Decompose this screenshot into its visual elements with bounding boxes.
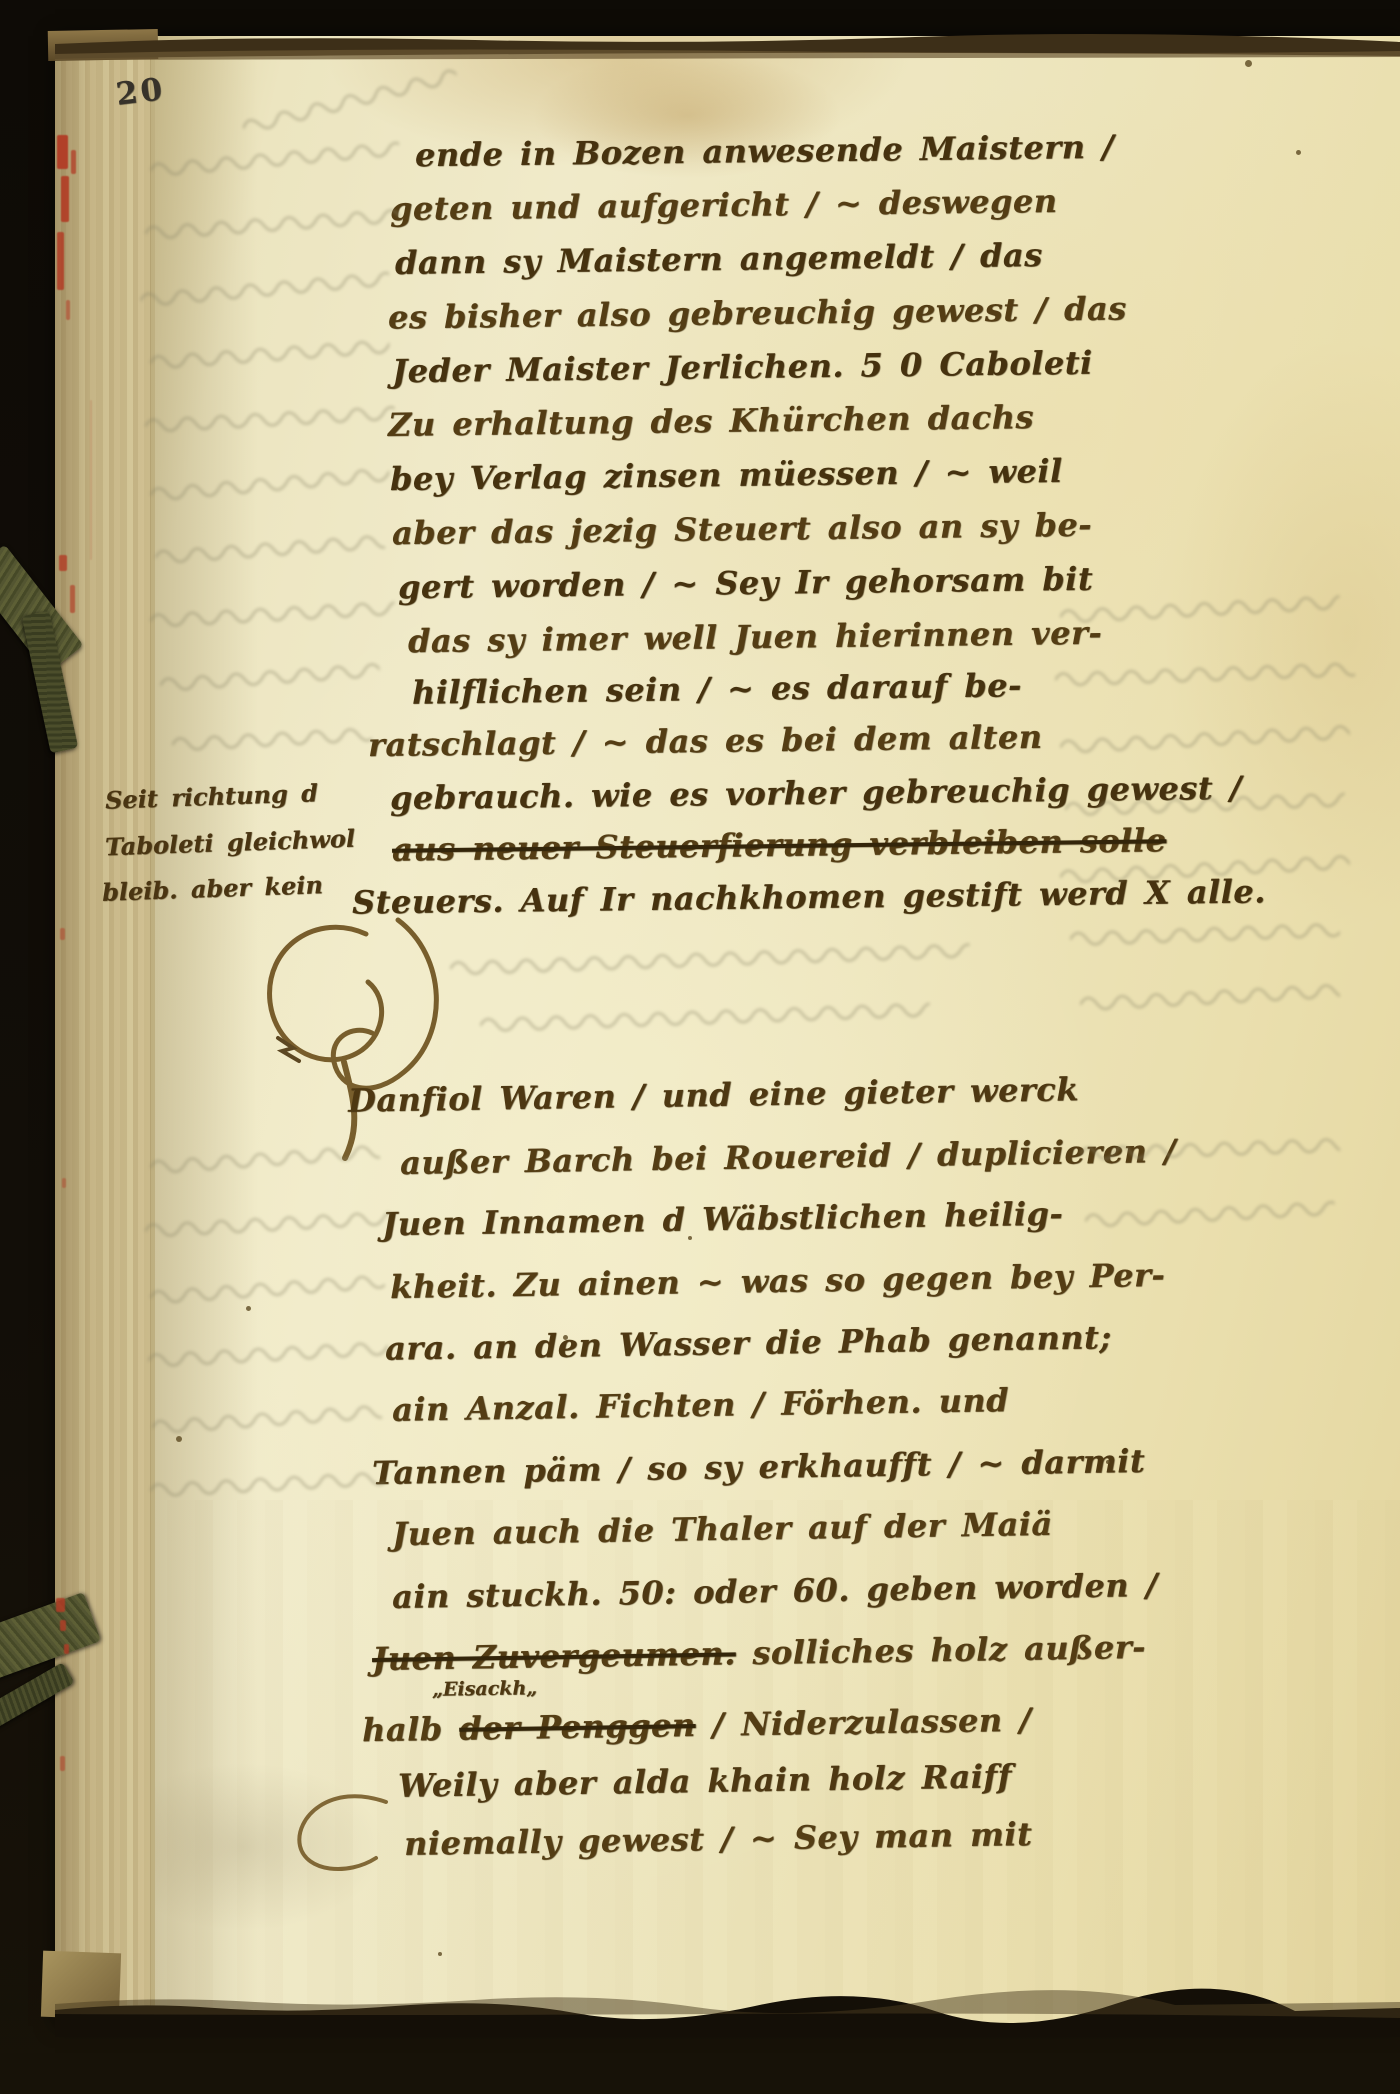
ink-speck	[688, 1236, 692, 1240]
red-edge-mark	[66, 300, 70, 320]
red-edge-mark	[57, 135, 68, 169]
manuscript-scan: 20 Seit richtung d Taboleti gleichwol bl…	[0, 0, 1400, 2094]
manuscript-line: Zu erhaltung des Khürchen dachs	[388, 398, 1034, 444]
ink-speck	[438, 1952, 442, 1956]
page-bottom-edge	[55, 1982, 1400, 2037]
red-edge-mark	[56, 1598, 65, 1612]
ink-speck	[246, 1306, 251, 1311]
manuscript-line: hilflichen sein / ~ es darauf be-	[412, 666, 1022, 711]
red-edge-mark	[60, 1620, 66, 1631]
red-edge-mark	[60, 928, 65, 940]
red-edge-mark	[70, 585, 75, 613]
red-edge-mark	[64, 1644, 69, 1654]
ink-speck	[1245, 60, 1252, 67]
struck-text: der Penggen	[459, 1706, 696, 1748]
spine-fore-edge	[55, 36, 155, 2026]
ink-speck	[1296, 150, 1301, 155]
page-top-edge	[55, 32, 1400, 62]
manuscript-line-text: halb	[362, 1710, 460, 1750]
ink-speck	[563, 1335, 568, 1340]
struck-text: Juen Zuvergeumen.	[372, 1634, 736, 1678]
red-edge-mark	[62, 1178, 66, 1188]
manuscript-line-text: / Niderzulassen /	[695, 1701, 1031, 1744]
ornamental-flourish	[248, 912, 458, 1162]
red-edge-mark	[71, 150, 76, 174]
red-edge-mark	[90, 400, 92, 560]
red-edge-mark	[61, 176, 69, 222]
ink-speck	[1106, 1460, 1110, 1464]
manuscript-line-text: solliches holz außer-	[735, 1628, 1146, 1672]
red-edge-mark	[60, 1756, 65, 1771]
folio-number: 20	[114, 71, 167, 113]
ink-speck	[176, 1436, 182, 1442]
manuscript-line: geten und aufgericht / ~ deswegen	[390, 182, 1058, 228]
pen-swash	[290, 1788, 400, 1878]
manuscript-line: dann sy Maistern angemeldt / das	[395, 236, 1043, 282]
red-edge-mark	[59, 555, 67, 571]
interlinear-insertion: „Eisackh„	[432, 1677, 537, 1701]
red-edge-mark	[57, 232, 64, 290]
